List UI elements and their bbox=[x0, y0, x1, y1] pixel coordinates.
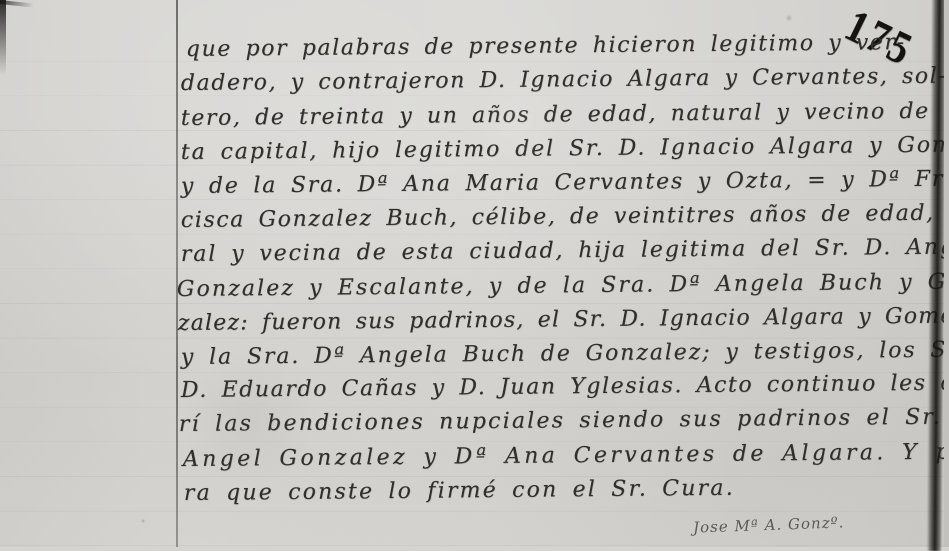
adjacent-page-edge bbox=[944, 0, 949, 547]
manuscript-line: y la Sra. Dª Angela Buch de Gonzalez; y … bbox=[181, 337, 941, 371]
manuscript-line: ta capital, hijo legitimo del Sr. D. Ign… bbox=[181, 132, 941, 166]
scanned-manuscript-page: 175 que por palabras de presente hiciero… bbox=[0, 0, 949, 547]
manuscript-line: zalez: fueron sus padrinos, el Sr. D. Ig… bbox=[178, 303, 938, 337]
page-left-edge-shadow bbox=[0, 0, 6, 75]
margin-rule bbox=[176, 0, 178, 547]
manuscript-line: D. Eduardo Cañas y D. Juan Yglesias. Act… bbox=[181, 370, 941, 404]
manuscript-line: rí las bendiciones nupciales siendo sus … bbox=[179, 404, 939, 438]
manuscript-line: ral y vecina de esta ciudad, hija legiti… bbox=[181, 234, 941, 268]
priest-signature: Jose Mª A. Gonzº. bbox=[693, 513, 845, 536]
manuscript-line: cisca Gonzalez Buch, célibe, de veintitr… bbox=[181, 200, 941, 234]
manuscript-line: y de la Sra. Dª Ana Maria Cervantes y Oz… bbox=[181, 166, 941, 200]
manuscript-line: Angel Gonzalez y Dª Ana Cervantes de Alg… bbox=[183, 439, 943, 473]
manuscript-line: ra que conste lo firmé con el Sr. Cura. bbox=[184, 473, 944, 507]
manuscript-line: que por palabras de presente hicieron le… bbox=[186, 29, 946, 63]
manuscript-line: tero, de treinta y un años de edad, natu… bbox=[181, 98, 941, 132]
manuscript-line: dadero, y contrajeron D. Ignacio Algara … bbox=[181, 63, 941, 97]
manuscript-line: Gonzalez y Escalante, y de la Sra. Dª An… bbox=[177, 269, 937, 303]
